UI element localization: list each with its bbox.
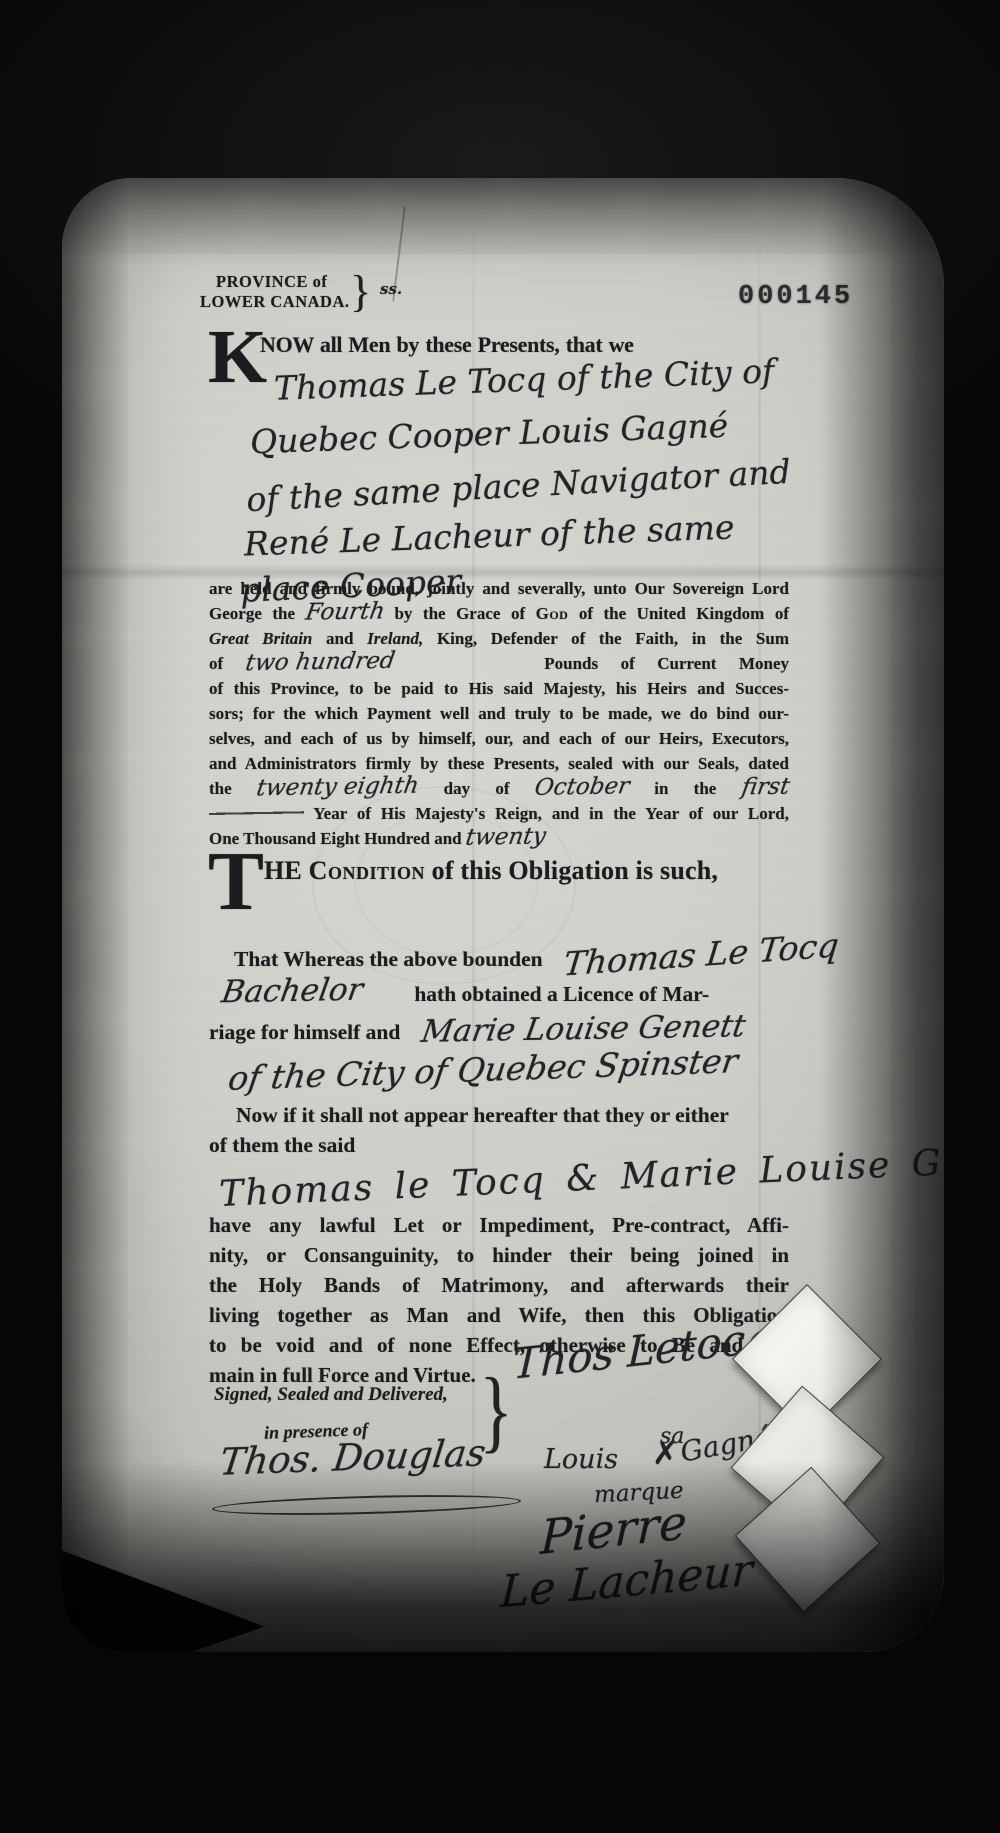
opening-line: NOW all Men by these Presents, that we bbox=[260, 332, 720, 358]
drop-cap-t: T bbox=[208, 850, 264, 913]
jurat-ss-abbreviation: ss. bbox=[380, 280, 402, 298]
bond-body-line: Year of His Majesty's Reign, and in the … bbox=[209, 801, 789, 826]
condition-clause-line: riage for himself andMarie Louise Genett bbox=[209, 1019, 745, 1045]
handwritten-party-line: Quebec Cooper Louis Gagné bbox=[249, 406, 728, 462]
bond-body-line: of two hundredPounds of Current Money bbox=[209, 651, 789, 676]
bond-body-line: are held and firmly bound, jointly and s… bbox=[209, 576, 789, 601]
condition-clause-line: Now if it shall not appear hereafter tha… bbox=[236, 1103, 729, 1128]
province-header-line2: LOWER CANADA. bbox=[200, 292, 350, 312]
bond-body-line: of this Province, to be paid to His said… bbox=[209, 676, 789, 701]
bond-body-line: the twenty eighth day of October in the … bbox=[209, 776, 789, 801]
bond-document-paper: PROVINCE of LOWER CANADA. } ss. 000145 K… bbox=[62, 178, 944, 1652]
torn-corner-shadow bbox=[62, 1546, 265, 1652]
closing-line: the Holy Bands of Matrimony, and afterwa… bbox=[209, 1270, 789, 1300]
bond-body-line: and Administrators firmly by these Prese… bbox=[209, 751, 789, 776]
bond-body-line: One Thousand Eight Hundred and twenty bbox=[209, 826, 789, 851]
signature-witness-douglas: Thos. Douglas bbox=[217, 1431, 488, 1483]
bond-body-paragraph: are held and firmly bound, jointly and s… bbox=[209, 576, 789, 851]
handwritten-party-line: Thomas Le Tocq of the City of bbox=[273, 351, 774, 407]
drop-cap-k: K bbox=[208, 328, 267, 387]
his-mark-cross-icon: ✗ bbox=[652, 1434, 679, 1472]
bond-body-line: selves, and each of us by himself, our, … bbox=[209, 726, 789, 751]
condition-clause-line: of them the said bbox=[209, 1133, 355, 1158]
signature-lelacheur: Le Lacheur bbox=[499, 1545, 754, 1618]
photo-black-border: PROVINCE of LOWER CANADA. } ss. 000145 K… bbox=[0, 0, 1000, 1833]
condition-clause-line: of the City of Quebec Spinster bbox=[230, 1058, 736, 1087]
attestation-line1: Signed, Sealed and Delivered, bbox=[214, 1384, 448, 1406]
closing-line: have any lawful Let or Impediment, Pre-c… bbox=[209, 1210, 789, 1240]
bond-body-line: George the Fourth by the Grace of God of… bbox=[209, 601, 789, 626]
province-header: PROVINCE of LOWER CANADA. bbox=[200, 272, 350, 312]
bond-body-line: sors; for the which Payment well and tru… bbox=[209, 701, 789, 726]
bond-body-line: Great Britain and Ireland, King, Defende… bbox=[209, 626, 789, 651]
mark-word-louis: Louis bbox=[544, 1444, 618, 1475]
condition-heading: HE Condition of this Obligation is such, bbox=[264, 856, 718, 886]
serial-number-stamp: 000145 bbox=[738, 282, 853, 312]
condition-clause-line: That Whereas the above boundenThomas Le … bbox=[234, 943, 837, 972]
microfilm-photo: { "stamp": { "number": "000145" }, "head… bbox=[0, 0, 1000, 1833]
header-brace: } bbox=[350, 266, 371, 317]
closing-line: nity, or Consanguinity, to hinder their … bbox=[209, 1240, 789, 1270]
condition-clause-line: Bachelorhath obtained a Licence of Mar- bbox=[222, 981, 709, 1007]
province-header-line1: PROVINCE of bbox=[216, 272, 350, 292]
handwritten-party-line: René Le Lacheur of the same bbox=[243, 507, 735, 563]
